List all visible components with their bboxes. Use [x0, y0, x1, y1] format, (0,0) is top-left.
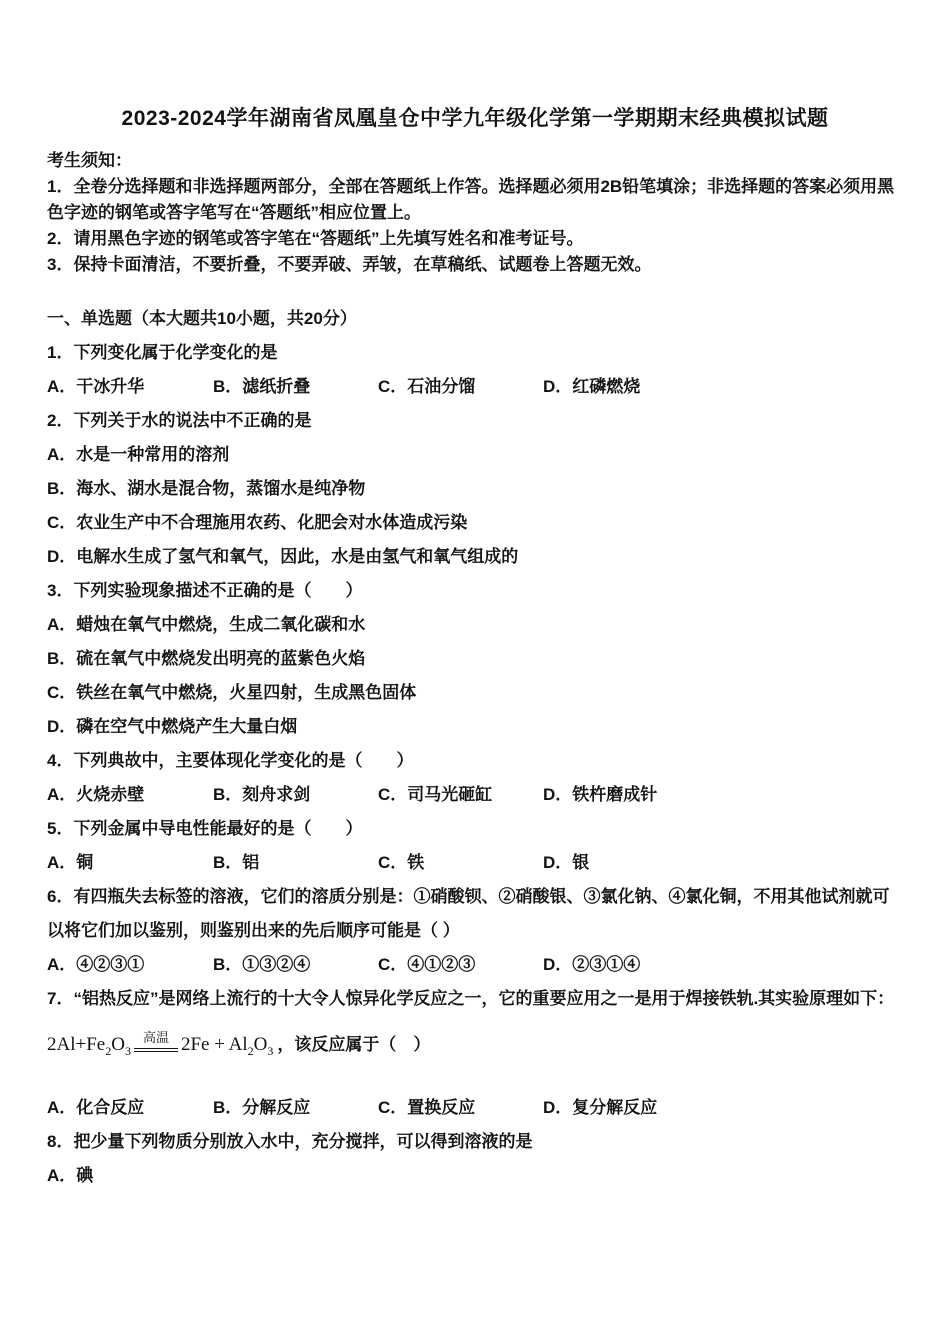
question-3: 3．下列实验现象描述不正确的是（ ） A．蜡烛在氧气中燃烧，生成二氧化碳和水 B… — [47, 574, 903, 744]
option-d: D．红磷燃烧 — [543, 370, 903, 404]
question-4: 4．下列典故中，主要体现化学变化的是（ ） A．火烧赤壁 B．刻舟求剑 C．司马… — [47, 744, 903, 812]
question-8-stem: 8．把少量下列物质分别放入水中，充分搅拌，可以得到溶液的是 — [47, 1125, 903, 1159]
question-5-stem: 5．下列金属中导电性能最好的是（ ） — [47, 812, 903, 846]
chem-equation: 2Al+Fe2O3 高温 2Fe + Al2O3 ，该反应属于（ ） — [47, 1030, 903, 1057]
question-1-stem: 1．下列变化属于化学变化的是 — [47, 336, 903, 370]
question-5: 5．下列金属中导电性能最好的是（ ） A．铜 B．铝 C．铁 D．银 — [47, 812, 903, 880]
question-3-stem: 3．下列实验现象描述不正确的是（ ） — [47, 574, 903, 608]
notice-heading: 考生须知： — [47, 148, 903, 174]
question-7: 7．“铝热反应”是网络上流行的十大令人惊异化学反应之一，它的重要应用之一是用于焊… — [47, 982, 903, 1125]
option-a: A．④②③① — [47, 948, 213, 982]
question-8: 8．把少量下列物质分别放入水中，充分搅拌，可以得到溶液的是 A．碘 — [47, 1125, 903, 1193]
reaction-condition-label: 高温 — [134, 1030, 178, 1052]
option-d: D．②③①④ — [543, 948, 903, 982]
notice-block: 考生须知： 1．全卷分选择题和非选择题两部分，全部在答题纸上作答。选择题必须用2… — [47, 148, 903, 278]
question-2: 2．下列关于水的说法中不正确的是 A．水是一种常用的溶剂 B．海水、湖水是混合物… — [47, 404, 903, 574]
option-c: C．铁丝在氧气中燃烧，火星四射，生成黑色固体 — [47, 676, 903, 710]
question-4-stem: 4．下列典故中，主要体现化学变化的是（ ） — [47, 744, 903, 778]
option-b: B．分解反应 — [213, 1091, 378, 1125]
option-d: D．铁杵磨成针 — [543, 778, 903, 812]
notice-item-2: 2．请用黑色字迹的钢笔或答字笔在“答题纸”上先填写姓名和准考证号。 — [47, 226, 903, 252]
question-2-stem: 2．下列关于水的说法中不正确的是 — [47, 404, 903, 438]
equation-lhs: 2Al+Fe2O3 — [47, 1033, 131, 1057]
question-6-options: A．④②③① B．①③②④ C．④①②③ D．②③①④ — [47, 948, 903, 982]
option-b: B．铝 — [213, 846, 378, 880]
section-heading: 一、单选题（本大题共10小题，共20分） — [47, 302, 903, 336]
question-1: 1．下列变化属于化学变化的是 A．干冰升华 B．滤纸折叠 C．石油分馏 D．红磷… — [47, 336, 903, 404]
option-b: B．硫在氧气中燃烧发出明亮的蓝紫色火焰 — [47, 642, 903, 676]
question-5-options: A．铜 B．铝 C．铁 D．银 — [47, 846, 903, 880]
option-a: A．干冰升华 — [47, 370, 213, 404]
option-a: A．火烧赤壁 — [47, 778, 213, 812]
option-b: B．①③②④ — [213, 948, 378, 982]
option-a: A．铜 — [47, 846, 213, 880]
option-a: A．水是一种常用的溶剂 — [47, 438, 903, 472]
section-choice: 一、单选题（本大题共10小题，共20分） 1．下列变化属于化学变化的是 A．干冰… — [47, 302, 903, 1193]
option-b: B．刻舟求剑 — [213, 778, 378, 812]
question-4-options: A．火烧赤壁 B．刻舟求剑 C．司马光砸缸 D．铁杵磨成针 — [47, 778, 903, 812]
question-6: 6．有四瓶失去标签的溶液，它们的溶质分别是：①硝酸钡、②硝酸银、③氯化钠、④氯化… — [47, 880, 903, 982]
option-b: B．海水、湖水是混合物，蒸馏水是纯净物 — [47, 472, 903, 506]
question-7-stem: 7．“铝热反应”是网络上流行的十大令人惊异化学反应之一，它的重要应用之一是用于焊… — [47, 982, 903, 1016]
option-d: D．银 — [543, 846, 903, 880]
option-c: C．④①②③ — [378, 948, 543, 982]
exam-title: 2023-2024学年湖南省凤凰皇仓中学九年级化学第一学期期末经典模拟试题 — [47, 104, 903, 134]
notice-item-3: 3．保持卡面清洁，不要折叠，不要弄破、弄皱，在草稿纸、试题卷上答题无效。 — [47, 252, 903, 278]
option-c: C．石油分馏 — [378, 370, 543, 404]
question-6-stem: 6．有四瓶失去标签的溶液，它们的溶质分别是：①硝酸钡、②硝酸银、③氯化钠、④氯化… — [47, 880, 903, 948]
notice-item-1: 1．全卷分选择题和非选择题两部分，全部在答题纸上作答。选择题必须用2B铅笔填涂；… — [47, 174, 903, 226]
option-d: D．电解水生成了氢气和氧气，因此，水是由氢气和氧气组成的 — [47, 540, 903, 574]
option-d: D．复分解反应 — [543, 1091, 903, 1125]
option-c: C．置换反应 — [378, 1091, 543, 1125]
option-c: C．铁 — [378, 846, 543, 880]
exam-page: 2023-2024学年湖南省凤凰皇仓中学九年级化学第一学期期末经典模拟试题 考生… — [0, 0, 950, 1193]
option-c: C．农业生产中不合理施用农药、化肥会对水体造成污染 — [47, 506, 903, 540]
question-7-options: A．化合反应 B．分解反应 C．置换反应 D．复分解反应 — [47, 1091, 903, 1125]
option-a: A．蜡烛在氧气中燃烧，生成二氧化碳和水 — [47, 608, 903, 642]
option-c: C．司马光砸缸 — [378, 778, 543, 812]
equation-suffix: ，该反应属于（ ） — [277, 1033, 430, 1057]
option-d: D．磷在空气中燃烧产生大量白烟 — [47, 710, 903, 744]
option-a: A．碘 — [47, 1159, 903, 1193]
option-b: B．滤纸折叠 — [213, 370, 378, 404]
reaction-condition: 高温 — [134, 1030, 178, 1052]
option-a: A．化合反应 — [47, 1091, 213, 1125]
equation-rhs: 2Fe + Al2O3 — [181, 1033, 273, 1057]
question-1-options: A．干冰升华 B．滤纸折叠 C．石油分馏 D．红磷燃烧 — [47, 370, 903, 404]
